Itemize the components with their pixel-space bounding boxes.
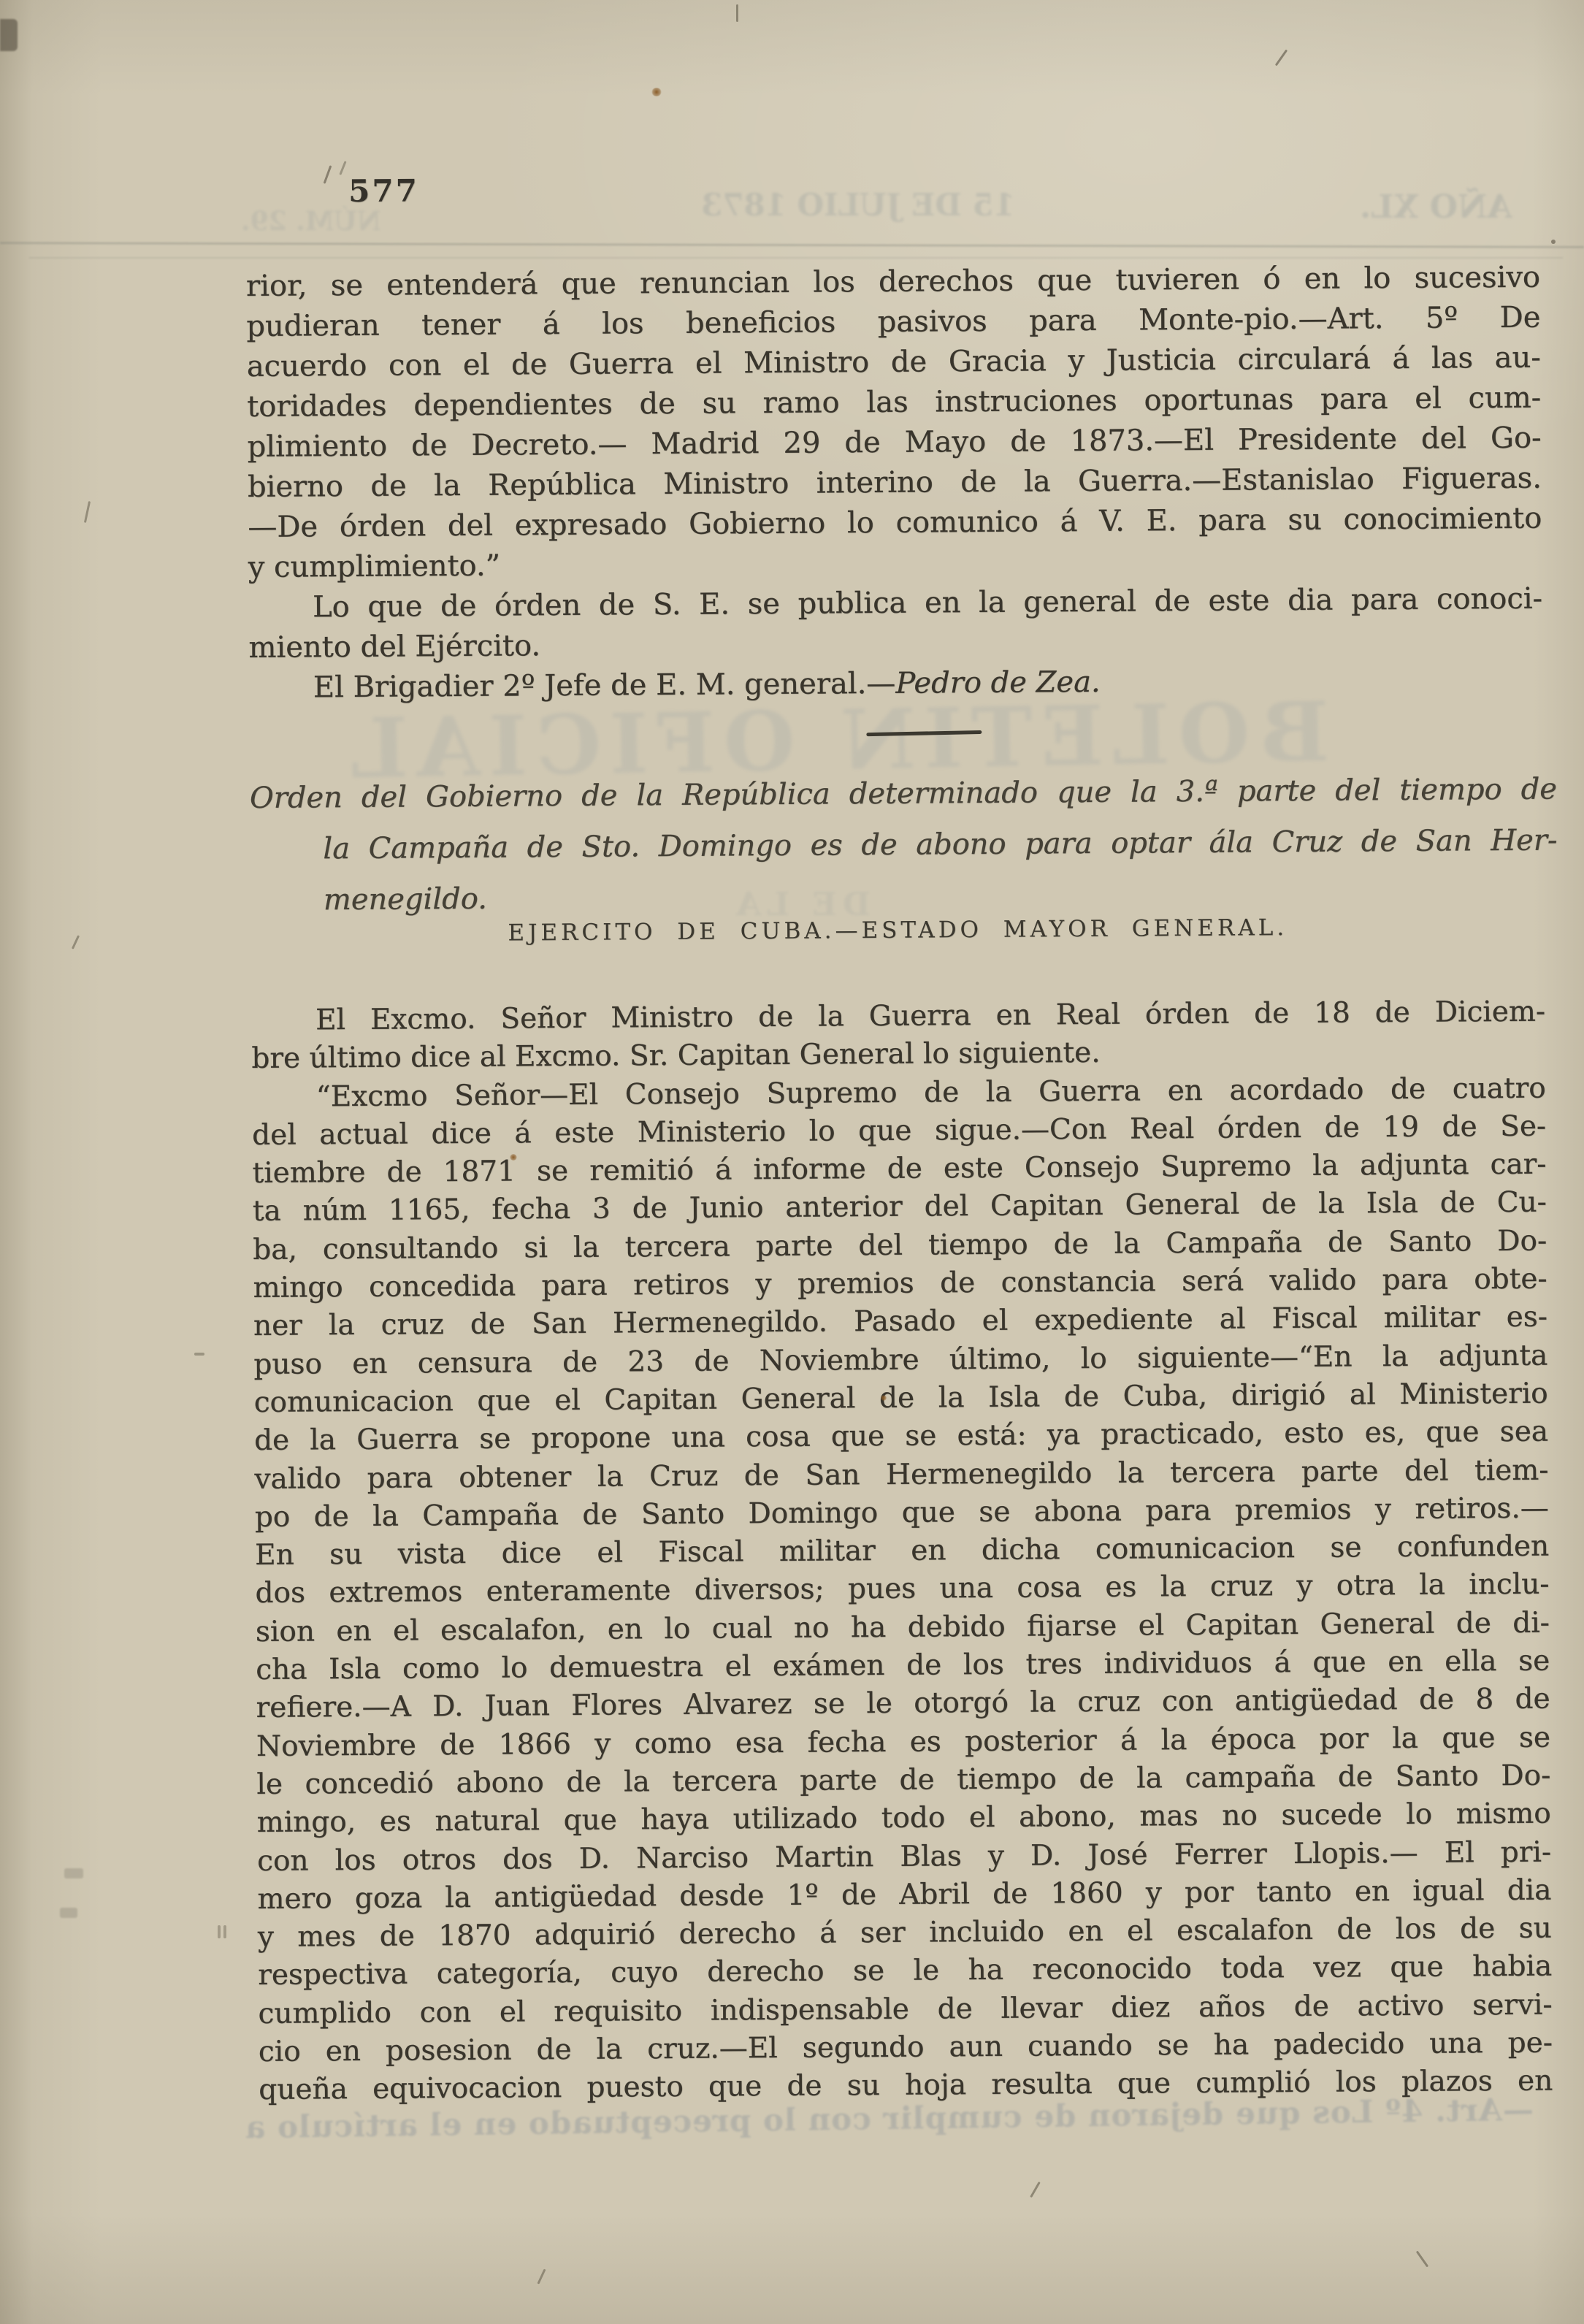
scan-speck (736, 4, 738, 22)
scan-speck (218, 1925, 221, 1938)
page-content: 577 rior, se entenderá que renuncian los… (0, 0, 1584, 2324)
scan-stain (510, 1154, 517, 1161)
text-line: queña equivocacion puesto que de su hoja… (259, 2063, 1553, 2110)
scan-smudge (60, 1908, 77, 1918)
scan-stain (651, 88, 662, 96)
scan-edge-mark (0, 19, 18, 51)
scan-smudge (64, 1868, 83, 1878)
scanned-page: NÚM. 29. 15 DE JULIO 1873 AÑO XL. BOLETI… (0, 0, 1584, 2324)
page-number: 577 (348, 172, 419, 209)
scan-speck (1551, 240, 1556, 244)
closing-paragraphs: rior, se entenderá que renuncian los der… (246, 258, 1543, 708)
order-heading: Orden del Gobierno de la República deter… (250, 764, 1558, 926)
text-line: El Brigadier 2º Jefe de E. M. general.—P… (249, 660, 1543, 708)
scan-speck (223, 1925, 226, 1938)
scan-stain (881, 1395, 887, 1401)
order-body: El Excmo. Señor Ministro de la Guerra en… (251, 993, 1553, 2110)
scan-speck (194, 1353, 204, 1356)
section-divider (866, 730, 982, 736)
text-line: Orden del Gobierno de la República deter… (250, 764, 1557, 824)
text-line: la Campaña de Sto. Domingo es de abono p… (250, 815, 1557, 875)
